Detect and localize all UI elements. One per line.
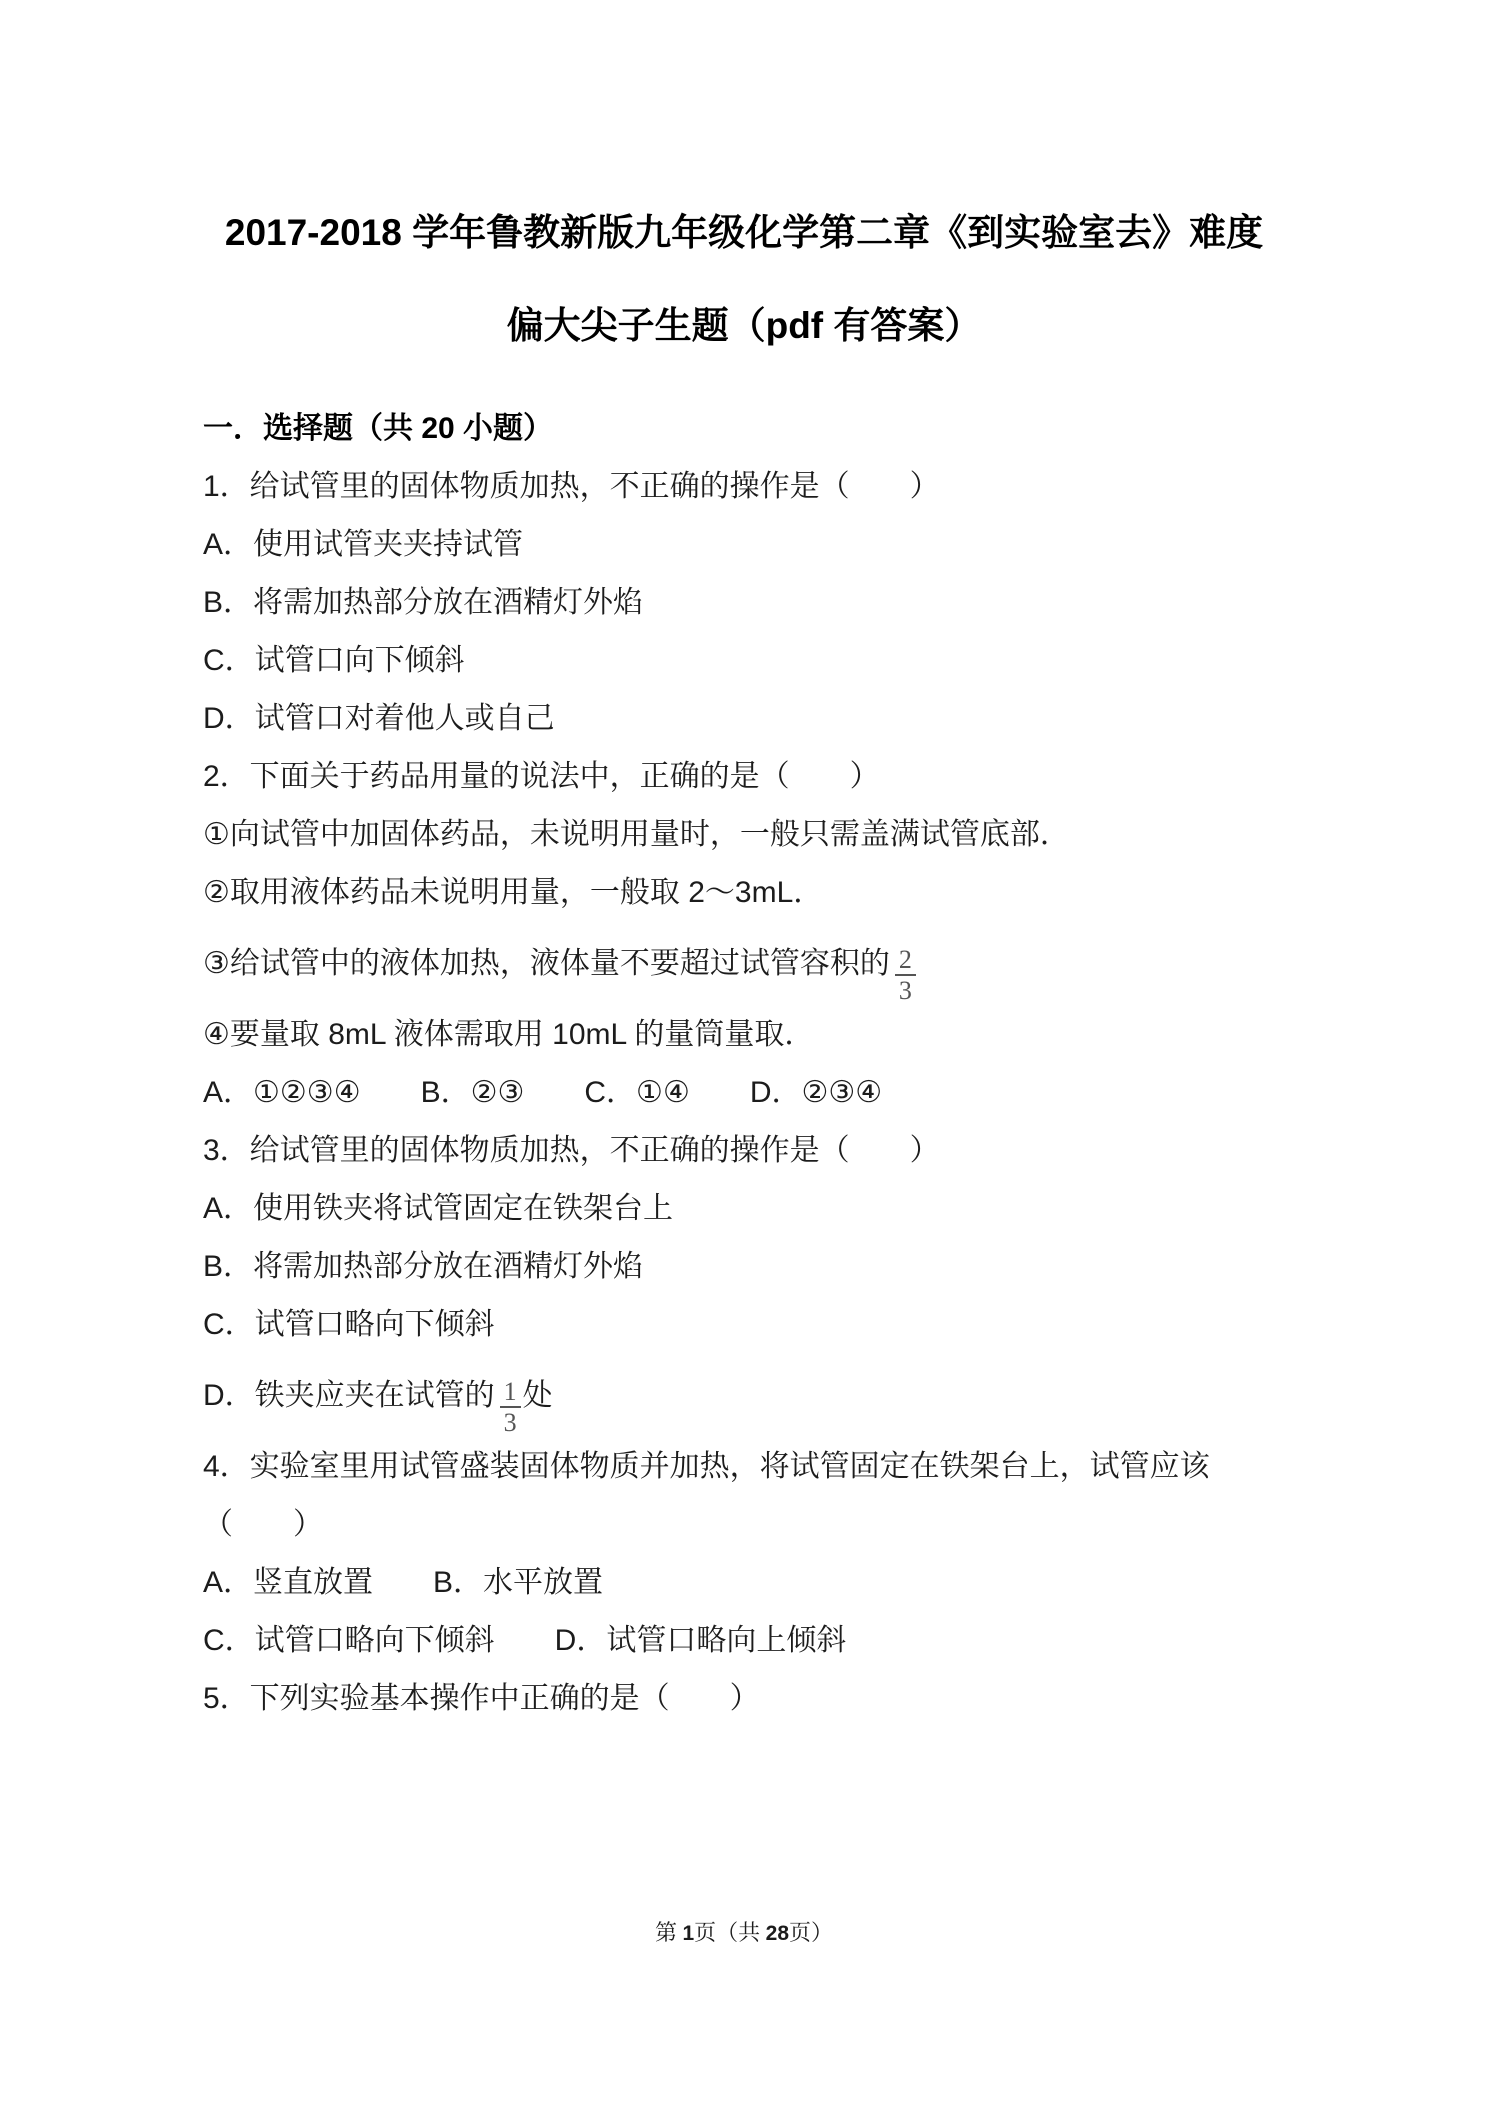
footer-prefix: 第	[655, 1920, 683, 1945]
document-title-line-2: 偏大尖子生题（pdf 有答案）	[0, 279, 1488, 372]
question-2-stem: 2．下面关于药品用量的说法中，正确的是（ ）	[203, 748, 1323, 806]
question-3-option-a: A．使用铁夹将试管固定在铁架台上	[203, 1180, 1323, 1238]
page-footer: 第 1页（共 28页）	[0, 1916, 1488, 1947]
question-3-option-d-suffix: 处	[523, 1379, 553, 1412]
document-body: 一．选择题（共 20 小题） 1．给试管里的固体物质加热，不正确的操作是（ ） …	[203, 400, 1323, 1728]
question-2-statement-2: ②取用液体药品未说明用量，一般取 2～3mL．	[203, 864, 1323, 922]
fraction-two-thirds: 23	[895, 946, 916, 1004]
question-4-options-ab: A．竖直放置 B．水平放置	[203, 1554, 1323, 1612]
fraction-denominator: 3	[895, 976, 916, 1004]
document-title: 2017-2018 学年鲁教新版九年级化学第二章《到实验室去》难度 偏大尖子生题…	[0, 0, 1488, 372]
question-5-stem: 5．下列实验基本操作中正确的是（ ）	[203, 1670, 1323, 1728]
question-3-stem: 3．给试管里的固体物质加热，不正确的操作是（ ）	[203, 1122, 1323, 1180]
question-2-statement-4: ④要量取 8mL 液体需取用 10mL 的量筒量取．	[203, 1006, 1323, 1064]
question-3-option-d-text: D．铁夹应夹在试管的	[203, 1379, 495, 1412]
section-heading: 一．选择题（共 20 小题）	[203, 400, 1323, 458]
question-2-options-line: A．①②③④ B．②③ C．①④ D．②③④	[203, 1064, 1323, 1122]
fraction-numerator: 2	[895, 946, 916, 976]
footer-middle: 页（共	[694, 1920, 766, 1945]
question-3-option-c: C．试管口略向下倾斜	[203, 1296, 1323, 1354]
question-4-options-cd: C．试管口略向下倾斜 D．试管口略向上倾斜	[203, 1612, 1323, 1670]
question-1-option-a: A．使用试管夹夹持试管	[203, 516, 1323, 574]
question-1-option-d: D．试管口对着他人或自己	[203, 690, 1323, 748]
question-2-statement-3-text: ③给试管中的液体加热，液体量不要超过试管容积的	[203, 947, 890, 980]
question-4-stem-line-2: （ ）	[203, 1496, 1323, 1554]
question-3-option-d: D．铁夹应夹在试管的13处	[203, 1354, 1323, 1438]
fraction-numerator: 1	[500, 1378, 521, 1408]
question-1-option-b: B．将需加热部分放在酒精灯外焰	[203, 574, 1323, 632]
footer-total-pages: 28	[766, 1922, 789, 1945]
question-4-stem-line-1: 4．实验室里用试管盛装固体物质并加热，将试管固定在铁架台上，试管应该	[203, 1438, 1323, 1496]
document-title-line-1: 2017-2018 学年鲁教新版九年级化学第二章《到实验室去》难度	[0, 186, 1488, 279]
question-3-option-b: B．将需加热部分放在酒精灯外焰	[203, 1238, 1323, 1296]
footer-suffix: 页）	[789, 1920, 833, 1945]
fraction-denominator: 3	[500, 1408, 521, 1436]
question-1-stem: 1．给试管里的固体物质加热，不正确的操作是（ ）	[203, 458, 1323, 516]
question-2-statement-1: ①向试管中加固体药品，未说明用量时，一般只需盖满试管底部．	[203, 806, 1323, 864]
document-page: 2017-2018 学年鲁教新版九年级化学第二章《到实验室去》难度 偏大尖子生题…	[0, 0, 1488, 2105]
question-2-statement-3: ③给试管中的液体加热，液体量不要超过试管容积的23	[203, 922, 1323, 1006]
footer-page-number: 1	[682, 1922, 694, 1945]
fraction-one-third: 13	[500, 1378, 521, 1436]
question-1-option-c: C．试管口向下倾斜	[203, 632, 1323, 690]
